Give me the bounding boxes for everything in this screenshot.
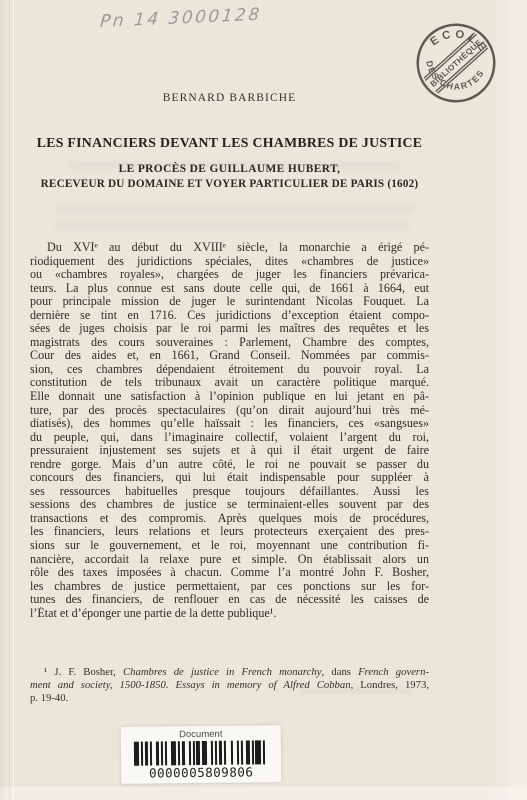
body-line: sion, ces chambres dépendaient étroiteme… xyxy=(30,363,429,377)
body-line: les financiers, leurs relations et leurs… xyxy=(30,525,429,539)
body-line: tunes des financiers, de renflouer en ca… xyxy=(30,593,429,607)
footnote-line: ¹ J. F. Bosher, Chambres de justice in F… xyxy=(30,666,429,679)
article-subtitle-line1: LE PROCÈS DE GUILLAUME HUBERT, xyxy=(31,163,428,175)
footnote-segment: , dans xyxy=(322,666,359,678)
footnote-segment: ¹ J. F. Bosher, xyxy=(44,666,123,678)
paper-crease xyxy=(9,0,10,800)
body-line: ses ressources habituelles presque toujo… xyxy=(30,485,429,499)
paper-crease xyxy=(13,0,14,800)
article-subtitle-line2: RECEVEUR DU DOMAINE ET VOYER PARTICULIER… xyxy=(16,178,443,190)
scanned-page: Pn 14 3000128 ECOLE DES CHARTES BIBLIOTH… xyxy=(0,0,527,800)
body-line: riodiquement des juridictions spéciales,… xyxy=(30,255,429,269)
body-line: pressuraient injustement ses sujets et à… xyxy=(30,444,429,458)
footnote-italic-segment: French govern- xyxy=(358,666,429,678)
body-line: pour principale mission de juger le suri… xyxy=(30,295,429,309)
paper-edge-highlight xyxy=(507,0,527,800)
author-name: BERNARD BARBICHE xyxy=(31,92,428,104)
body-line: Du XVIᵉ au début du XVIIIᵉ siècle, la mo… xyxy=(30,241,429,255)
body-line: l’État et d’éponger une partie de la det… xyxy=(30,607,429,621)
body-line: Elle donnait une satisfaction à l’opinio… xyxy=(30,390,429,404)
article-title: LES FINANCIERS DEVANT LES CHAMBRES DE JU… xyxy=(16,135,443,151)
barcode-icon xyxy=(134,740,269,765)
paper-edge-highlight xyxy=(0,787,527,800)
body-line: teurs. La plus connue est sans doute cel… xyxy=(30,282,429,296)
barcode-number: 0000005809806 xyxy=(149,765,253,780)
barcode-gap xyxy=(264,740,268,764)
body-line: du peuple, qui, dans l’imaginaire collec… xyxy=(30,431,429,445)
footnote: ¹ J. F. Bosher, Chambres de justice in F… xyxy=(30,666,429,705)
body-line: sées de juges choisis par le roi parmi l… xyxy=(30,322,429,336)
body-line: magistrats des cours souveraines : Parle… xyxy=(30,336,429,350)
handwritten-call-number: Pn 14 3000128 xyxy=(99,2,321,32)
body-line: ture, par des procès spectaculaires (qu’… xyxy=(30,404,429,418)
body-line: constitution de tels tribunaux avait un … xyxy=(30,376,429,390)
show-through-texture xyxy=(55,205,415,212)
body-line: rôle des taxes imposées à chacun. Comme … xyxy=(30,566,429,580)
footnote-italic-segment: ment and society, 1500-1850. Essays in m… xyxy=(30,679,351,691)
footnote-segment: , Londres, 1973, xyxy=(351,679,429,691)
footnote-italic-segment: Chambres de justice in French monarchy xyxy=(123,666,322,678)
body-paragraph: Du XVIᵉ au début du XVIIIᵉ siècle, la mo… xyxy=(30,241,429,620)
footnote-segment: p. 19-40. xyxy=(30,692,68,704)
body-line: transactions et des compromis. Après que… xyxy=(30,512,429,526)
barcode-label: Document 0000005809806 xyxy=(121,725,282,784)
body-line: sions sur le gouvernement, et le roi, mo… xyxy=(30,539,429,553)
body-line: concours des financiers, qui lui était i… xyxy=(30,471,429,485)
body-line: diatisés), des hommes qu’elle haïssait :… xyxy=(30,417,429,431)
footnote-line: p. 19-40. xyxy=(30,692,429,705)
show-through-texture xyxy=(55,222,410,229)
body-line: Cour des aides et, en 1661, Grand Consei… xyxy=(30,349,429,363)
barcode-title: Document xyxy=(179,729,222,740)
body-line: ou «chambres royales», chargées de juger… xyxy=(30,268,429,282)
body-line: dernière se tint en 1716. Ces juridictio… xyxy=(30,309,429,323)
body-line: rendre gorge. Mais d’un autre côté, le r… xyxy=(30,458,429,472)
footnote-line: ment and society, 1500-1850. Essays in m… xyxy=(30,679,429,692)
body-line: les chambres de justice permettaient, pa… xyxy=(30,580,429,594)
body-line: nancière, accordait la relaxe pure et si… xyxy=(30,553,429,567)
body-line: sessions des chambres de justice se term… xyxy=(30,498,429,512)
